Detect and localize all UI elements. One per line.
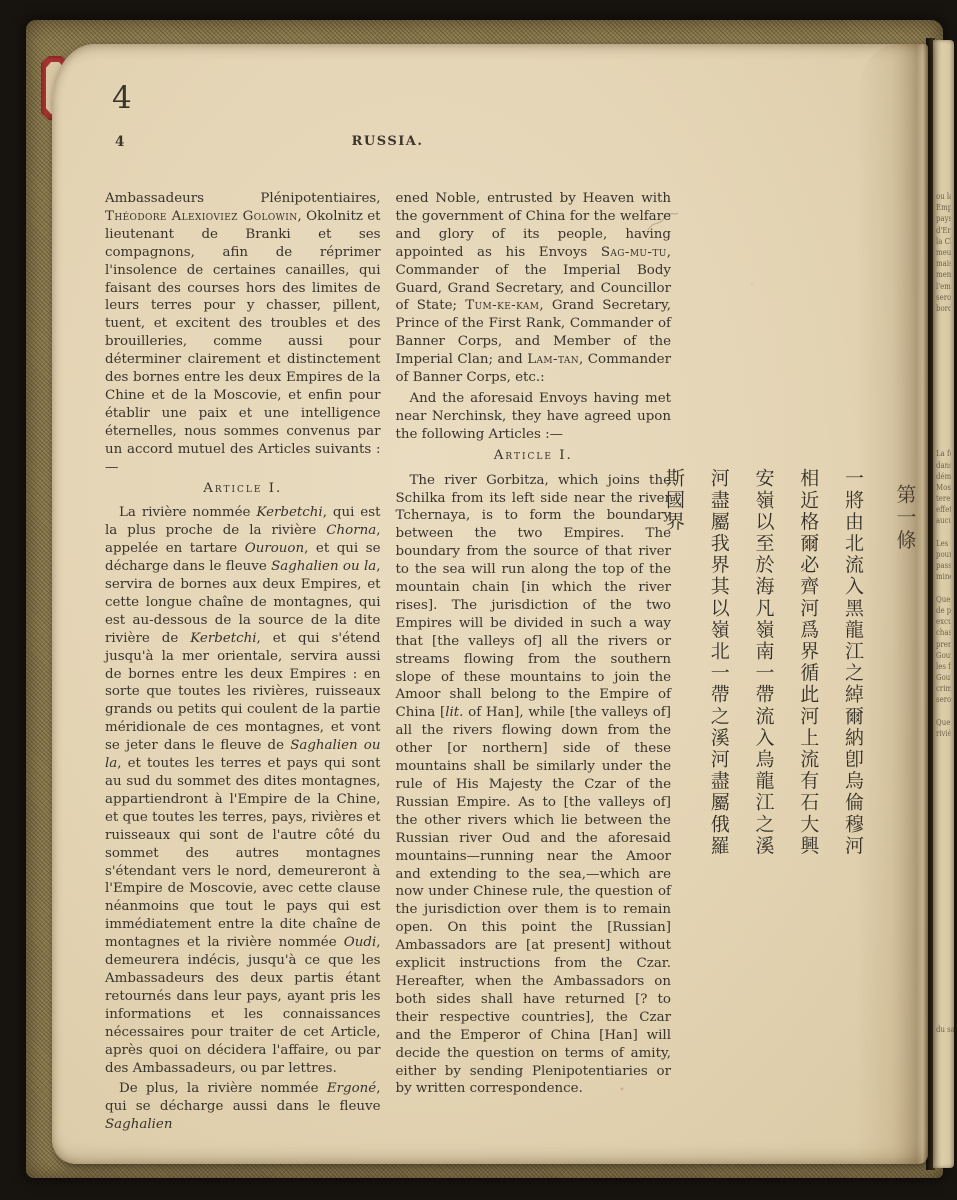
chinese-column: 河盡屬我界其以嶺北一帶之溪河盡屬俄羅: [706, 468, 730, 868]
text-segment: Sag-mu-tu: [601, 245, 667, 260]
chinese-column: 斯國界: [661, 468, 685, 868]
text-segment: Tum-ke-kam: [465, 298, 539, 313]
page-fragment-line: rivière: [936, 729, 951, 740]
page-fragment-line: [936, 584, 951, 595]
english-paragraph-2: And the aforesaid Envoys having met near…: [396, 390, 672, 444]
page-fragment-line: [936, 405, 951, 416]
folio-number: 4: [112, 80, 133, 116]
page-fragment-line: pays qui: [936, 214, 951, 225]
page-fragment-line: Gouverneu: [936, 651, 951, 662]
page-fragment-line: teresse, se: [936, 494, 951, 505]
page-fragment-line: Moscovie q: [936, 483, 951, 494]
page-fragment-line: minées.: [936, 572, 951, 583]
page-fragment-line: seront: [936, 695, 951, 706]
page-fragment-line: démolie, et: [936, 472, 951, 483]
text-segment: Kerbetchi: [190, 631, 256, 646]
french-paragraph-1: Ambassadeurs Plénipotentiaires, Théodore…: [105, 190, 381, 477]
page-fragment-line: La forte: [936, 449, 951, 460]
page-fragment-line: pourront, p: [936, 550, 951, 561]
chinese-column: 相近格爾必齊河爲界循此河上流有石大興: [796, 468, 820, 868]
chinese-text-block: 第一條一將由北流入黑龍江之綽爾納卽烏倫穆河相近格爾必齊河爲界循此河上流有石大興安…: [640, 468, 916, 868]
text-segment: Ourouon: [245, 541, 304, 556]
english-column: ened Noble, entrusted by Heaven with the…: [396, 190, 672, 1134]
article-heading-english: Article I.: [396, 447, 672, 465]
text-segment: Ergoné: [327, 1081, 376, 1096]
french-column: Ambassadeurs Plénipotentiaires, Théodore…: [105, 190, 381, 1134]
text-segment: of Han], while [the valleys of] all the …: [396, 705, 672, 1096]
page-fragment-line: ment au t: [936, 270, 951, 281]
french-paragraph-3: De plus, la rivière nommée Ergoné, qui s…: [105, 1080, 381, 1134]
text-segment: Kerbetchi: [256, 505, 322, 520]
chinese-column: 第一條: [891, 468, 916, 868]
page-fragment-line: [936, 528, 951, 539]
chinese-column: 一將由北流入黑龍江之綽爾納卽烏倫穆河: [840, 468, 864, 868]
running-head-row: 4 RUSSIA.: [105, 134, 670, 152]
text-segment: Saghalien ou la: [271, 559, 376, 574]
running-head: RUSSIA.: [105, 134, 670, 149]
page-fragment-line: ou la, ser: [936, 192, 951, 203]
english-paragraph-1: ened Noble, entrusted by Heaven with the…: [396, 190, 672, 387]
page-fragment-line: [936, 438, 951, 449]
text-segment: , et toutes les terres et pays qui sont …: [105, 756, 381, 950]
page-fragment-line: [936, 393, 951, 404]
page-fragment-line: maisons et: [936, 259, 951, 270]
page-fragment-line: de petite: [936, 606, 951, 617]
page-fragment-line: dans le lieu: [936, 461, 951, 472]
page-fragment-line: aucune d: [936, 516, 951, 527]
article-heading-french: Article I.: [105, 480, 381, 498]
adjacent-page-fragments: ou la, serEmpires :pays quid'Ergonéla Ch…: [936, 192, 954, 740]
book-page: 4 4 RUSSIA. Ambassadeurs Plénipotentiair…: [52, 44, 928, 1164]
page-fragment-line: Que s'il: [936, 595, 951, 606]
page-fragment-line: bord septe: [936, 304, 951, 315]
page-fragment-line: [936, 337, 951, 348]
page-fragment-line: passer au-: [936, 561, 951, 572]
page-fragment-line: chasser, s: [936, 628, 951, 639]
text-segment: Chorna: [326, 523, 376, 538]
page-fragment-line: prendre a: [936, 640, 951, 651]
text-segment: The river Gorbitza, which joins the Schi…: [396, 473, 672, 721]
page-fragment-line: d'Ergoné: [936, 226, 951, 237]
page-fragment-line: Les cha: [936, 539, 951, 550]
text-segment: , demeurera indécis, jusqu'à ce que les …: [105, 935, 381, 1075]
page-fragment-line: Que si: [936, 718, 951, 729]
text-segment: Ambassadeurs Plénipotentiaires,: [105, 191, 381, 206]
text-segment: La rivière nommée: [119, 505, 256, 520]
page-fragment-line: l'embouch: [936, 282, 951, 293]
page-fragment-line: [936, 326, 951, 337]
page-fragment-line: [936, 315, 951, 326]
text-segment: De plus, la rivière nommée: [119, 1081, 327, 1096]
page-fragment-line: les frontiè: [936, 662, 951, 673]
page-fragment-line: seront tra: [936, 293, 951, 304]
page-fragment-line: [936, 427, 951, 438]
page-fragment-line: effets ser: [936, 505, 951, 516]
page-fragment-line: [936, 707, 951, 718]
text-segment: Oudi: [344, 935, 376, 950]
text-segment: Lam-tan: [527, 352, 579, 367]
text-segment: , Okolnitz et lieutenant de Branki et se…: [105, 209, 381, 475]
page-fragment-line: [936, 416, 951, 427]
text-columns: Ambassadeurs Plénipotentiaires, Théodore…: [105, 190, 671, 1134]
page-fragment-line: [936, 382, 951, 393]
adjacent-page-edge: ou la, serEmpires :pays quid'Ergonéla Ch…: [933, 40, 954, 1168]
page-fragment-line: du sang: [936, 1025, 954, 1036]
page-fragment-line: crime, les: [936, 684, 951, 695]
page-fragment-line: [936, 349, 951, 360]
page-fragment-line: [936, 360, 951, 371]
text-segment: , et qui s'étend jusqu'à la mer oriental…: [105, 631, 381, 753]
page-fragment-line: excursi: [936, 617, 951, 628]
french-paragraph-2: La rivière nommée Kerbetchi, qui est la …: [105, 504, 381, 1077]
page-fragment-line: Gouvernem: [936, 673, 951, 684]
page-fragment-line: Empires :: [936, 203, 951, 214]
page-fragment-line: [936, 371, 951, 382]
text-segment: lit.: [445, 705, 463, 720]
chinese-column: 安嶺以至於海凡嶺南一帶流入烏龍江之溪: [751, 468, 775, 868]
page-fragment-line: meureront: [936, 248, 951, 259]
english-paragraph-3: The river Gorbitza, which joins the Schi…: [396, 472, 672, 1099]
text-segment: Théodore Alexioviez Golowin: [105, 209, 298, 224]
page-fragment-line: la Chine :: [936, 237, 951, 248]
text-segment: Saghalien: [105, 1117, 172, 1132]
scanned-book-photo: { "page": { "folio_number": "4", "page_n…: [0, 0, 957, 1200]
